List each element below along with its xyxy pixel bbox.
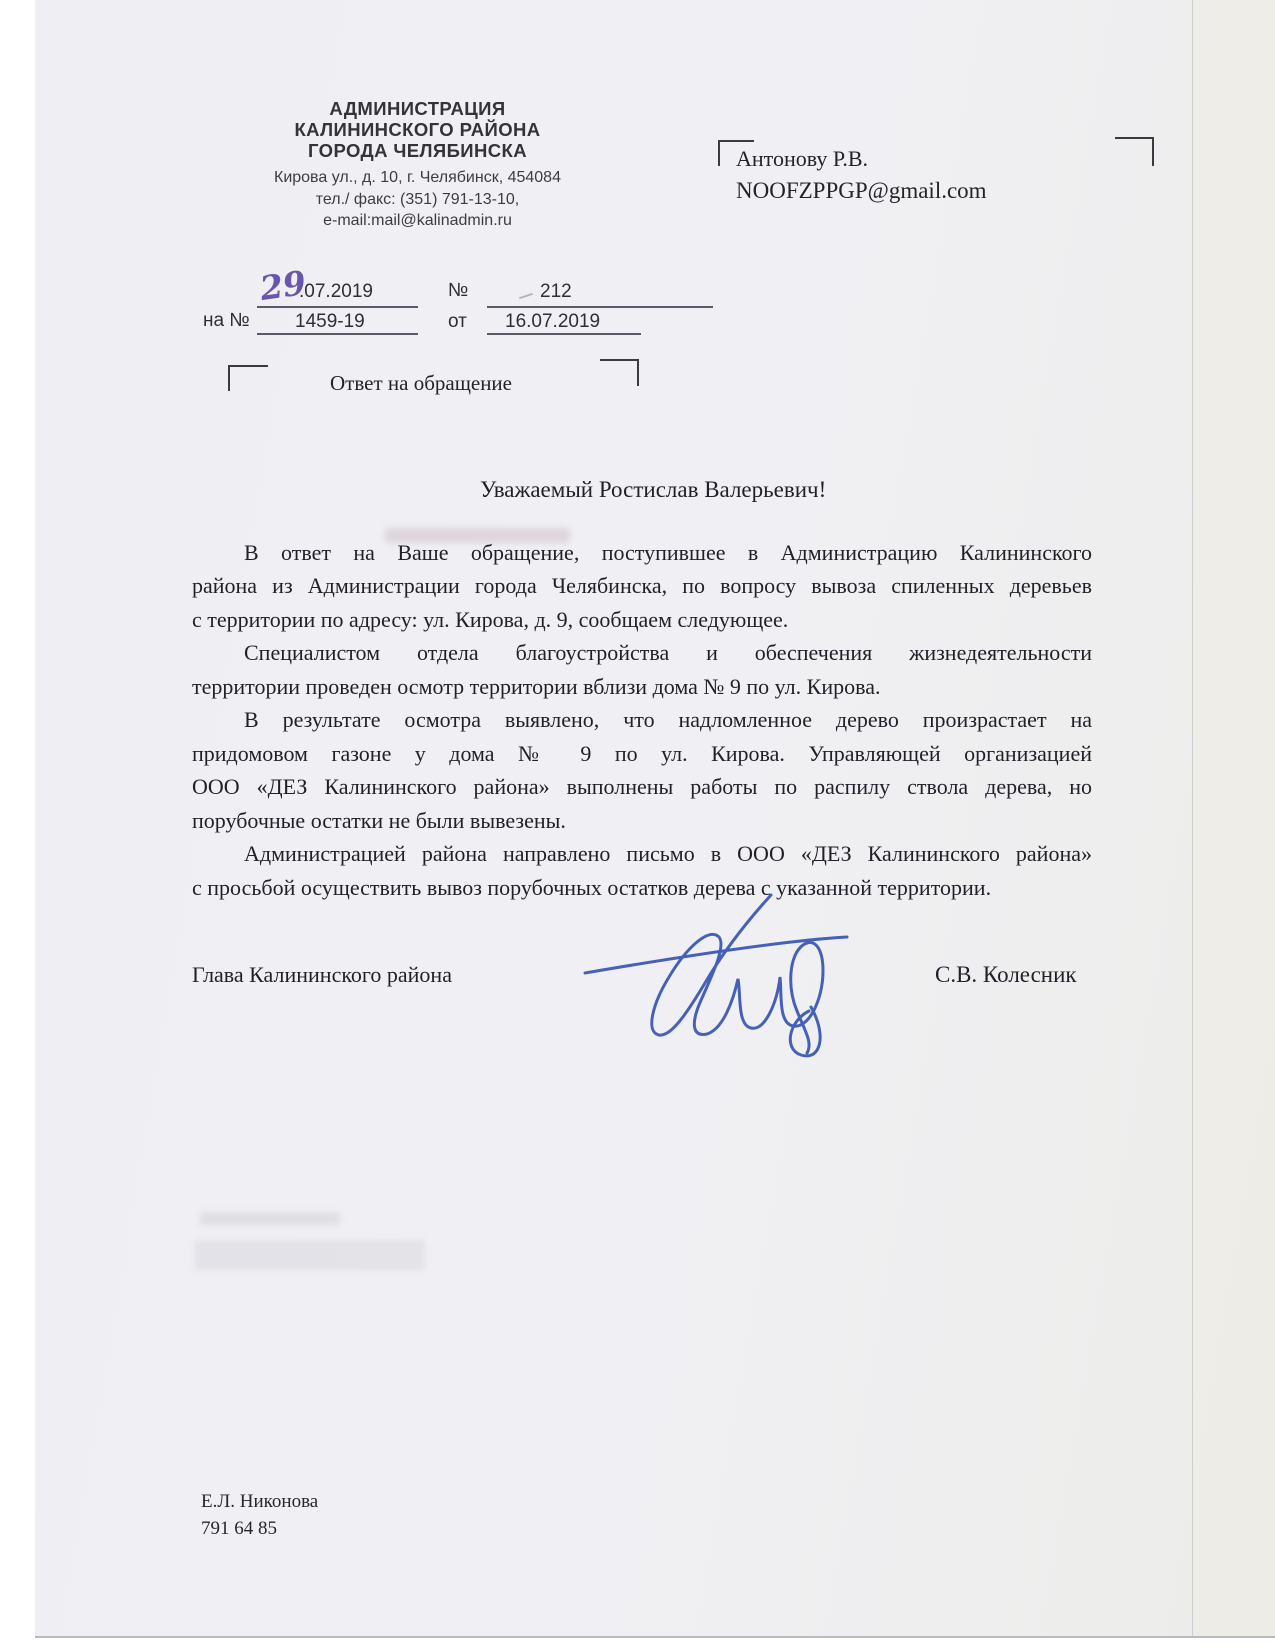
body-line: Специалистом отдела благоустройства и об… xyxy=(192,640,1092,673)
letterhead-phone: тел./ факс: (351) 791-13-10, xyxy=(230,189,605,211)
letterhead-org-line-2: КАЛИНИНСКОГО РАЙОНА xyxy=(230,119,605,140)
scan-right-edge-tint xyxy=(1193,0,1275,1637)
body-line: Администрацией района направлено письмо … xyxy=(192,841,1092,874)
letterhead-org-line-3: ГОРОДА ЧЕЛЯБИНСКА xyxy=(230,140,605,161)
body-line: В результате осмотра выявлено, что надло… xyxy=(192,707,1092,740)
letterhead: АДМИНИСТРАЦИЯ КАЛИНИНСКОГО РАЙОНА ГОРОДА… xyxy=(230,98,605,232)
body-line: территории проведен осмотр территории вб… xyxy=(192,674,1092,707)
subject-corner-bracket-left xyxy=(228,365,268,391)
letterhead-email: e-mail:mail@kalinadmin.ru xyxy=(230,210,605,232)
salutation: Уважаемый Ростислав Валерьевич! xyxy=(480,477,826,503)
signer-name: С.В. Колесник xyxy=(935,962,1077,988)
addressee-name: Антонову Р.В. xyxy=(736,146,868,172)
ref-number-label: № xyxy=(448,280,468,302)
body-line: В ответ на Ваше обращение, поступившее в… xyxy=(192,540,1092,573)
ref-number-value: 212 xyxy=(540,281,572,303)
executor-name: Е.Л. Никонова xyxy=(201,1491,318,1513)
ref-from-label: от xyxy=(448,311,467,333)
bleedthrough-smudge-3 xyxy=(195,1240,425,1270)
body-line: района из Администрации города Челябинск… xyxy=(192,573,1092,606)
body-line: с территории по адресу: ул. Кирова, д. 9… xyxy=(192,607,1092,640)
letterhead-address: Кирова ул., д. 10, г. Челябинск, 454084 xyxy=(230,167,605,189)
scanned-letter: АДМИНИСТРАЦИЯ КАЛИНИНСКОГО РАЙОНА ГОРОДА… xyxy=(0,0,1275,1650)
body-line: придомовом газоне у дома № 9 по ул. Киро… xyxy=(192,741,1092,774)
subject-corner-bracket-right xyxy=(600,359,639,386)
subject-line: Ответ на обращение xyxy=(330,371,512,396)
ref-date-printed: .07.2019 xyxy=(299,281,373,303)
addressee-email: NOOFZPPGP@gmail.com xyxy=(736,178,987,204)
scan-page-bottom-edge xyxy=(35,1636,1275,1638)
signer-position: Глава Калининского района xyxy=(192,962,452,988)
bleedthrough-smudge-2 xyxy=(200,1212,340,1225)
ref-underline-fromdate xyxy=(487,333,641,335)
body-line: порубочные остатки не были вывезены. xyxy=(192,808,1092,841)
ref-reply-value: 1459-19 xyxy=(295,311,365,333)
ref-reply-label: на № xyxy=(203,310,250,332)
handwritten-signature-scribble xyxy=(575,885,875,1065)
ref-underline-number xyxy=(487,306,713,308)
ref-underline-reply xyxy=(257,333,418,335)
ref-from-date: 16.07.2019 xyxy=(505,311,600,333)
addressee-corner-bracket-right xyxy=(1115,137,1154,166)
body-line: ООО «ДЕЗ Калининского района» выполнены … xyxy=(192,774,1092,807)
letterhead-org-line-1: АДМИНИСТРАЦИЯ xyxy=(230,98,605,119)
ref-underline-date xyxy=(257,306,418,308)
executor-phone: 791 64 85 xyxy=(201,1518,277,1540)
